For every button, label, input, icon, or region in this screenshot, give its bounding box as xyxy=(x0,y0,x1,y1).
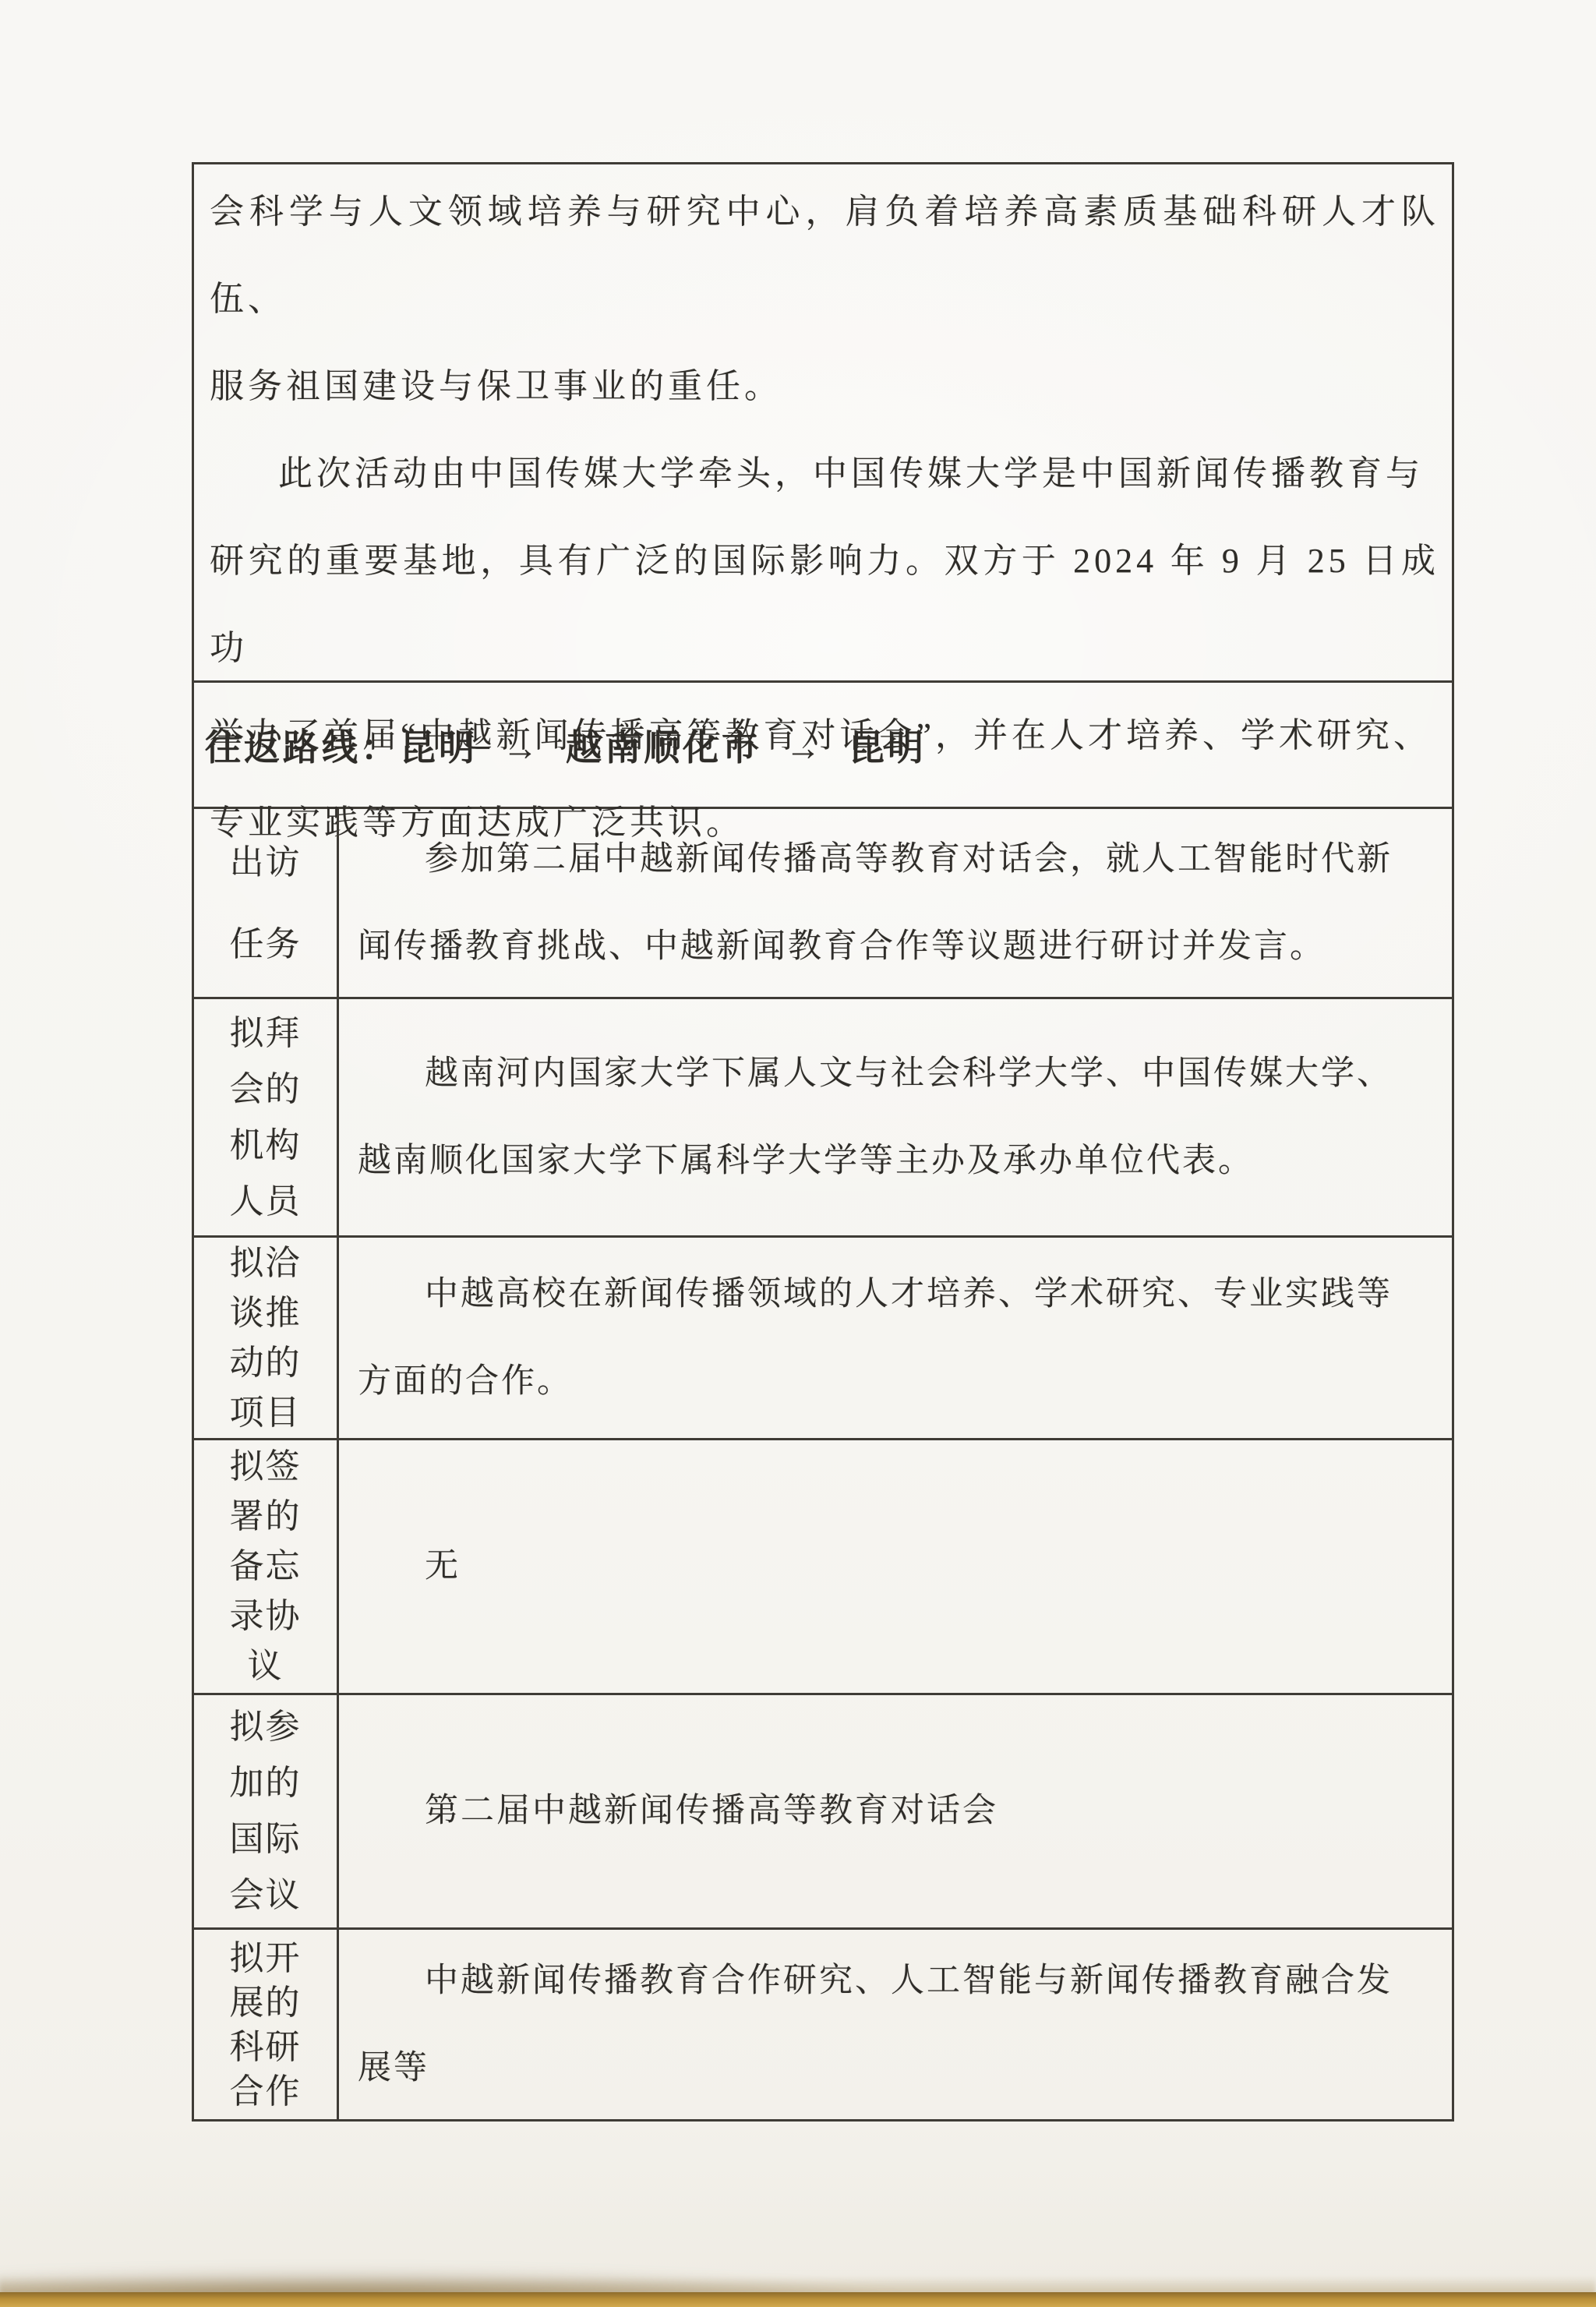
row-label-memoranda-to-sign: 拟签 署的 备忘 录协 议 xyxy=(194,1440,339,1693)
row-label-international-conferences: 拟参 加的 国际 会议 xyxy=(194,1695,339,1927)
row-label-institutions-to-visit: 拟拜 会的 机构 人员 xyxy=(194,999,339,1235)
table-row-research-cooperation: 拟开 展的 科研 合作 中越新闻传播教育合作研究、人工智能与新闻传播教育融合发 … xyxy=(194,1927,1452,2119)
scanner-bed-edge xyxy=(0,2292,1596,2307)
route-value: 昆明 → 越南顺化市 → 昆明 xyxy=(400,719,927,771)
row-content-institutions-to-visit: 越南河内国家大学下属人文与社会科学大学、中国传媒大学、 越南顺化国家大学下属科学… xyxy=(339,999,1452,1235)
row-content-research-cooperation: 中越新闻传播教育合作研究、人工智能与新闻传播教育融合发 展等 xyxy=(339,1930,1452,2119)
row-content-text: 越南河内国家大学下属人文与社会科学大学、中国传媒大学、 越南顺化国家大学下属科学… xyxy=(358,1030,1432,1205)
scanned-document-page: { "document": { "intro": { "paragraph1":… xyxy=(0,0,1596,2307)
row-content-text: 无 xyxy=(358,1523,1432,1610)
row-label-visit-tasks: 出访 任务 xyxy=(194,809,339,997)
intro-section: 会科学与人文领域培养与研究中心，肩负着培养高素质基础科研人才队伍、 服务祖国建设… xyxy=(194,164,1452,680)
row-label-projects-to-discuss: 拟洽 谈推 动的 项目 xyxy=(194,1238,339,1438)
table-row-visit-tasks: 出访 任务 参加第二届中越新闻传播高等教育对话会，就人工智能时代新 闻传播教育挑… xyxy=(194,807,1452,997)
table-row-memoranda-to-sign: 拟签 署的 备忘 录协 议 无 xyxy=(194,1438,1452,1693)
row-content-memoranda-to-sign: 无 xyxy=(339,1440,1452,1693)
row-content-international-conferences: 第二届中越新闻传播高等教育对话会 xyxy=(339,1695,1452,1927)
row-content-text: 中越新闻传播教育合作研究、人工智能与新闻传播教育融合发 展等 xyxy=(358,1938,1432,2112)
table-row-international-conferences: 拟参 加的 国际 会议 第二届中越新闻传播高等教育对话会 xyxy=(194,1693,1452,1927)
intro-paragraph-continuation: 会科学与人文领域培养与研究中心，肩负着培养高素质基础科研人才队伍、 服务祖国建设… xyxy=(210,168,1439,430)
row-content-projects-to-discuss: 中越高校在新闻传播领域的人才培养、学术研究、专业实践等 方面的合作。 xyxy=(339,1238,1452,1438)
row-content-visit-tasks: 参加第二届中越新闻传播高等教育对话会，就人工智能时代新 闻传播教育挑战、中越新闻… xyxy=(339,809,1452,997)
row-content-text: 中越高校在新闻传播领域的人才培养、学术研究、专业实践等 方面的合作。 xyxy=(358,1251,1432,1426)
row-label-research-cooperation: 拟开 展的 科研 合作 xyxy=(194,1930,339,2119)
visit-plan-table: 会科学与人文领域培养与研究中心，肩负着培养高素质基础科研人才队伍、 服务祖国建设… xyxy=(192,162,1454,2122)
route-label: 往返路线： xyxy=(205,719,400,771)
row-content-text: 第二届中越新闻传播高等教育对话会 xyxy=(358,1768,1432,1855)
table-row-projects-to-discuss: 拟洽 谈推 动的 项目 中越高校在新闻传播领域的人才培养、学术研究、专业实践等 … xyxy=(194,1235,1452,1438)
table-row-institutions-to-visit: 拟拜 会的 机构 人员 越南河内国家大学下属人文与社会科学大学、中国传媒大学、 … xyxy=(194,997,1452,1235)
row-content-text: 参加第二届中越新闻传播高等教育对话会，就人工智能时代新 闻传播教育挑战、中越新闻… xyxy=(358,816,1432,991)
